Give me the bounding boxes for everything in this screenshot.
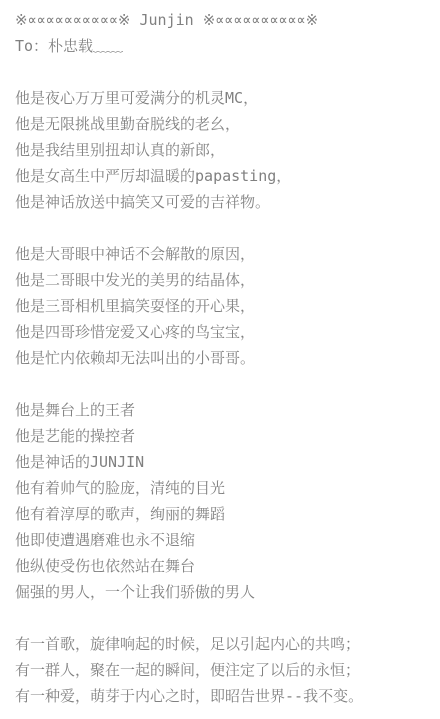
- text-line: 他即使遭遇磨难也永不退缩: [15, 527, 434, 553]
- text-line: 他纵使受伤也依然站在舞台: [15, 553, 434, 579]
- text-line: 他是忙内依赖却无法叫出的小哥哥。: [15, 345, 434, 371]
- text-line: 他有着帅气的脸庞，清纯的目光: [15, 475, 434, 501]
- text-line: 他是大哥眼中神话不会解散的原因，: [15, 241, 434, 267]
- text-line: 他是四哥珍惜宠爱又心疼的鸟宝宝，: [15, 319, 434, 345]
- paragraph-1: 他是夜心万万里可爱满分的机灵MC， 他是无限挑战里勤奋脱线的老幺， 他是我结里别…: [15, 85, 434, 215]
- text-line: 他是神话的JUNJIN: [15, 449, 434, 475]
- text-line: 他是我结里别扭却认真的新郎，: [15, 137, 434, 163]
- paragraph-2: 他是大哥眼中神话不会解散的原因， 他是二哥眼中发光的美男的结晶体， 他是三哥相机…: [15, 241, 434, 371]
- text-line: 他是夜心万万里可爱满分的机灵MC，: [15, 85, 434, 111]
- text-line: 他是三哥相机里搞笑耍怪的开心果，: [15, 293, 434, 319]
- text-line: 有一群人，聚在一起的瞬间，便注定了以后的永恒；: [15, 657, 434, 683]
- text-line: 倔强的男人，一个让我们骄傲的男人: [15, 579, 434, 605]
- text-line: 他是舞台上的王者: [15, 397, 434, 423]
- document-page: ※∝∝∝∝∝∝∝∝∝∝※ Junjin ※∝∝∝∝∝∝∝∝∝∝※ To：朴忠载﹏…: [0, 0, 440, 719]
- text-line: 他是神话放送中搞笑又可爱的吉祥物。: [15, 189, 434, 215]
- text-line: 有一种爱，萌芽于内心之时，即昭告世界--我不变。: [15, 683, 434, 709]
- text-line: 他是艺能的操控者: [15, 423, 434, 449]
- text-line: 他是无限挑战里勤奋脱线的老幺，: [15, 111, 434, 137]
- header-divider-line: ※∝∝∝∝∝∝∝∝∝∝※ Junjin ※∝∝∝∝∝∝∝∝∝∝※: [15, 7, 434, 33]
- text-line: 他是女高生中严厉却温暖的papasting，: [15, 163, 434, 189]
- text-line: 有一首歌，旋律响起的时候，足以引起内心的共鸣；: [15, 631, 434, 657]
- text-line: 他有着淳厚的歌声，绚丽的舞蹈: [15, 501, 434, 527]
- paragraph-3: 他是舞台上的王者 他是艺能的操控者 他是神话的JUNJIN 他有着帅气的脸庞，清…: [15, 397, 434, 605]
- paragraph-4: 有一首歌，旋律响起的时候，足以引起内心的共鸣； 有一群人，聚在一起的瞬间，便注定…: [15, 631, 434, 709]
- recipient-line: To：朴忠载﹏﹏: [15, 33, 434, 59]
- text-line: 他是二哥眼中发光的美男的结晶体，: [15, 267, 434, 293]
